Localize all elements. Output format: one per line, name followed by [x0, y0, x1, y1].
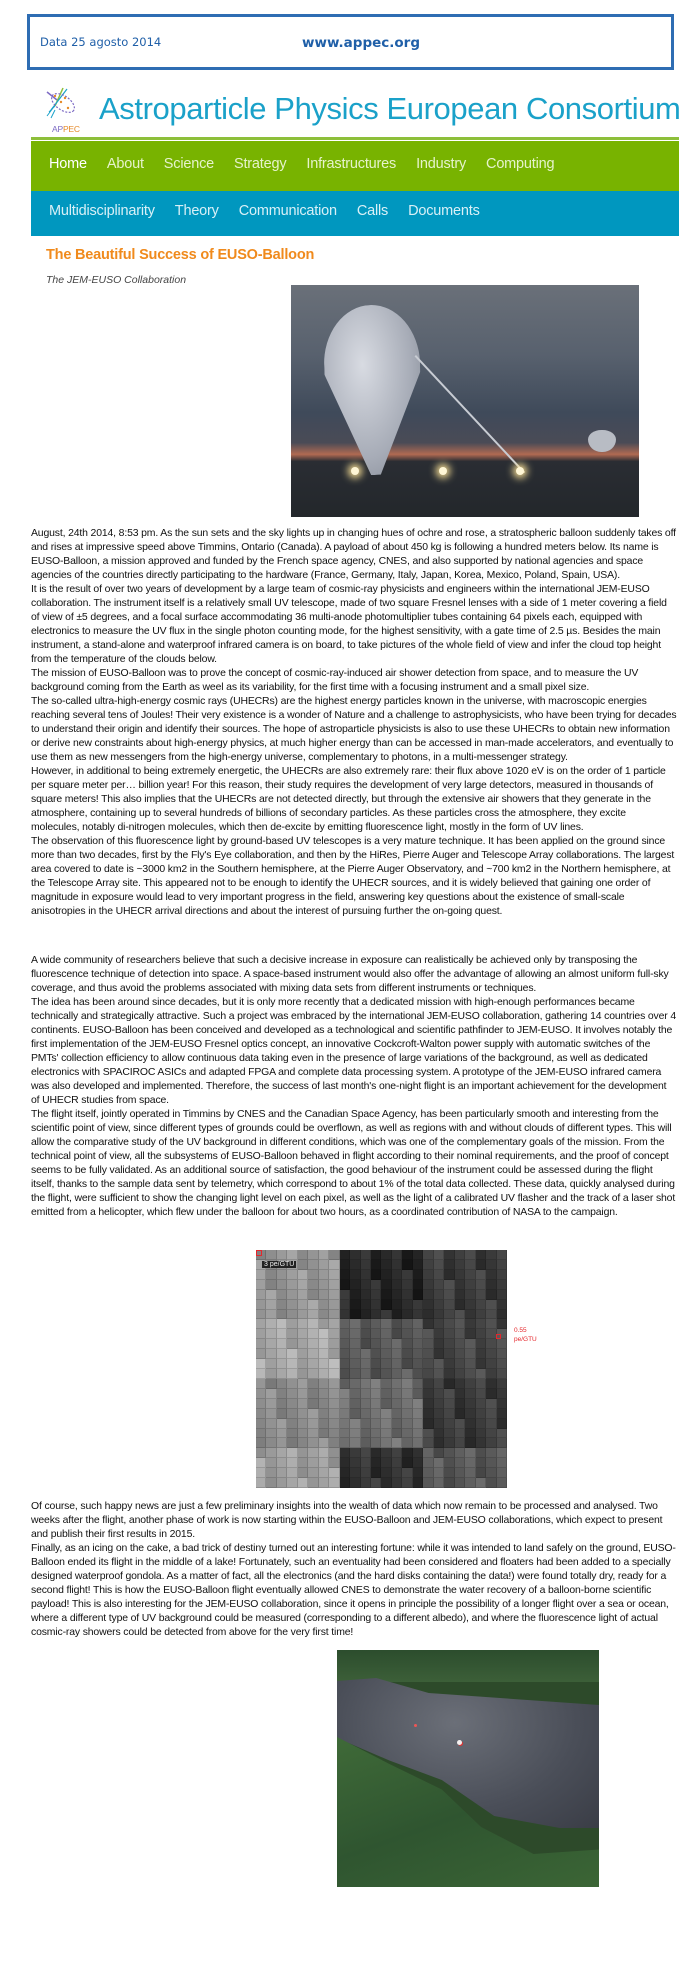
floodlight	[351, 467, 359, 475]
paragraph: A wide community of researchers believe …	[31, 954, 677, 996]
nav-documents[interactable]: Documents	[408, 203, 480, 219]
paragraph: It is the result of over two years of de…	[31, 583, 677, 667]
brand-header: APPEC Astroparticle Physics European Con…	[31, 84, 679, 140]
paragraph: The mission of EUSO-Balloon was to prove…	[31, 667, 677, 695]
nav-infrastructures[interactable]: Infrastructures	[306, 156, 396, 172]
tether-line	[415, 355, 526, 473]
paragraph: However, in additional to being extremel…	[31, 765, 677, 835]
nav-computing[interactable]: Computing	[486, 156, 554, 172]
site-title: Astroparticle Physics European Consortiu…	[99, 91, 680, 127]
paragraph: The observation of this fluorescence lig…	[31, 835, 677, 919]
small-balloon-shape	[588, 430, 616, 452]
site-url-link[interactable]: www.appec.org	[302, 35, 420, 51]
appec-logo-text: APPEC	[52, 124, 80, 134]
nav-calls[interactable]: Calls	[357, 203, 388, 219]
article-body-section-3: Of course, such happy news are just a fe…	[31, 1500, 677, 1640]
article-author: The JEM-EUSO Collaboration	[46, 274, 186, 286]
balloon-launch-photo	[291, 285, 639, 517]
nav-home[interactable]: Home	[49, 156, 87, 172]
paragraph: The so-called ultra-high-energy cosmic r…	[31, 695, 677, 765]
paragraph: Finally, as an icing on the cake, a bad …	[31, 1542, 677, 1640]
gondola-marker	[457, 1740, 462, 1745]
floodlight	[439, 467, 447, 475]
forest-area	[337, 1650, 599, 1682]
nav-strategy[interactable]: Strategy	[234, 156, 286, 172]
min-intensity-label: 0.55 pe/GTU	[514, 1326, 537, 1344]
nav-communication[interactable]: Communication	[239, 203, 337, 219]
primary-nav: Home About Science Strategy Infrastructu…	[31, 141, 679, 191]
nav-theory[interactable]: Theory	[175, 203, 219, 219]
appec-logo-icon	[41, 86, 85, 124]
min-pixel-marker	[496, 1334, 501, 1339]
floodlight	[516, 467, 524, 475]
nav-industry[interactable]: Industry	[416, 156, 466, 172]
article-body-section-2: A wide community of researchers believe …	[31, 954, 677, 1220]
lake-recovery-photo	[337, 1650, 599, 1887]
nav-about[interactable]: About	[107, 156, 144, 172]
article-body-section-1: August, 24th 2014, 8:53 pm. As the sun s…	[31, 527, 677, 919]
nav-science[interactable]: Science	[164, 156, 214, 172]
nav-multidisciplinarity[interactable]: Multidisciplinarity	[49, 203, 155, 219]
balloon-shape	[322, 303, 424, 476]
paragraph: August, 24th 2014, 8:53 pm. As the sun s…	[31, 527, 677, 583]
appec-logo[interactable]: APPEC	[41, 86, 85, 138]
issue-date: Data 25 agosto 2014	[40, 35, 161, 49]
buoy-marker	[414, 1724, 417, 1727]
max-intensity-label: 3 pe/GTU	[262, 1261, 296, 1268]
pixel-heatmap-figure	[256, 1250, 507, 1488]
paragraph: Of course, such happy news are just a fe…	[31, 1500, 677, 1542]
paragraph: The idea has been around since decades, …	[31, 996, 677, 1108]
article-title: The Beautiful Success of EUSO-Balloon	[46, 247, 314, 263]
paragraph: The flight itself, jointly operated in T…	[31, 1108, 677, 1220]
max-pixel-marker	[256, 1250, 262, 1256]
header-info-box: Data 25 agosto 2014 www.appec.org	[27, 14, 674, 70]
secondary-nav: Multidisciplinarity Theory Communication…	[31, 191, 679, 236]
